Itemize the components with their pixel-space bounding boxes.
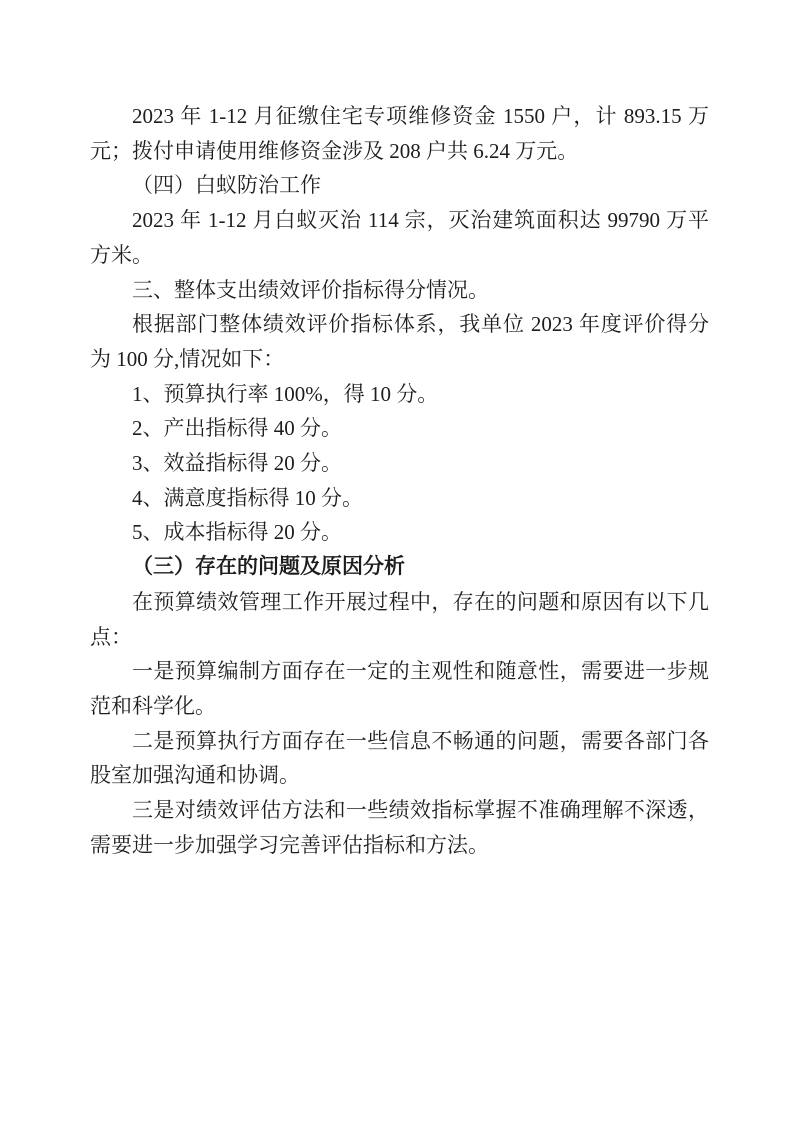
para-problem-two: 二是预算执行方面存在一些信息不畅通的问题，需要各部门各股室加强沟通和协调。 (90, 724, 709, 793)
para-maintenance-fund: 2023 年 1-12 月征缴住宅专项维修资金 1550 户，计 893.15 … (90, 99, 709, 168)
list-item-budget-execution: 1、预算执行率 100%，得 10 分。 (90, 377, 709, 412)
heading-overall-score: 三、整体支出绩效评价指标得分情况。 (90, 273, 709, 308)
list-item-cost-indicator: 5、成本指标得 20 分。 (90, 515, 709, 550)
para-problem-three: 三是对绩效评估方法和一些绩效指标掌握不准确理解不深透，需要进一步加强学习完善评估… (90, 793, 709, 862)
para-problems-intro: 在预算绩效管理工作开展过程中，存在的问题和原因有以下几点： (90, 585, 709, 654)
list-item-output-indicator: 2、产出指标得 40 分。 (90, 411, 709, 446)
list-item-satisfaction-indicator: 4、满意度指标得 10 分。 (90, 481, 709, 516)
para-problem-one: 一是预算编制方面存在一定的主观性和随意性，需要进一步规范和科学化。 (90, 654, 709, 723)
document-page: 2023 年 1-12 月征缴住宅专项维修资金 1550 户，计 893.15 … (0, 0, 793, 1122)
para-termite-stats: 2023 年 1-12 月白蚁灭治 114 宗，灭治建筑面积达 99790 万平… (90, 203, 709, 272)
heading-termite-control: （四）白蚁防治工作 (90, 168, 709, 203)
para-score-summary: 根据部门整体绩效评价指标体系，我单位 2023 年度评价得分为 100 分,情况… (90, 307, 709, 376)
list-item-benefit-indicator: 3、效益指标得 20 分。 (90, 446, 709, 481)
heading-problems-analysis: （三）存在的问题及原因分析 (90, 550, 709, 585)
